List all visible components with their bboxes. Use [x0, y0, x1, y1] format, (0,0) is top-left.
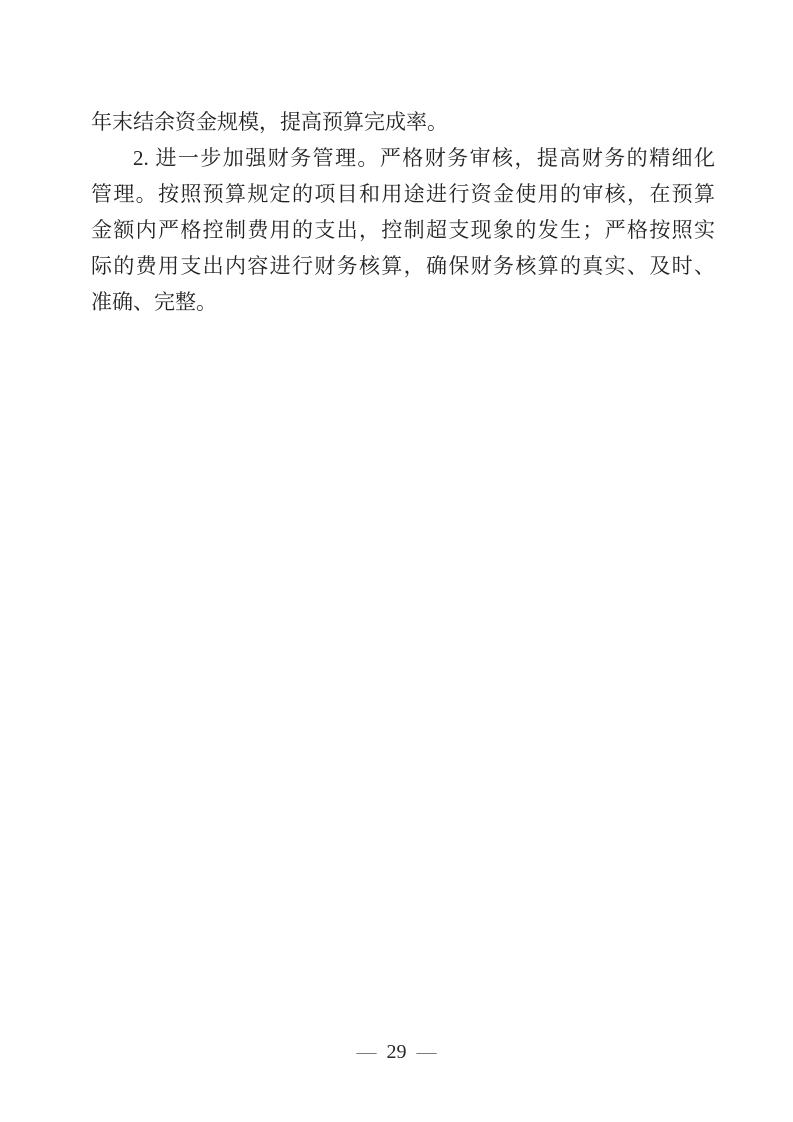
page-footer: —29—: [0, 1040, 793, 1064]
text-line: 2. 进一步加强财务管理。严格财务审核，提高财务的精细化: [91, 140, 715, 176]
body-text: 年末结余资金规模，提高预算完成率。 2. 进一步加强财务管理。严格财务审核，提高…: [91, 104, 715, 320]
text-line: 准确、完整。: [91, 284, 715, 320]
paragraph-continuation: 年末结余资金规模，提高预算完成率。: [91, 104, 715, 140]
footer-dash-right: —: [417, 1041, 437, 1063]
text-line: 年末结余资金规模，提高预算完成率。: [91, 104, 715, 140]
text-line: 管理。按照预算规定的项目和用途进行资金使用的审核，在预算: [91, 176, 715, 212]
text-line: 金额内严格控制费用的支出，控制超支现象的发生；严格按照实: [91, 212, 715, 248]
text-line: 际的费用支出内容进行财务核算，确保财务核算的真实、及时、: [91, 248, 715, 284]
footer-dash-left: —: [357, 1041, 377, 1063]
paragraph-item-2: 2. 进一步加强财务管理。严格财务审核，提高财务的精细化 管理。按照预算规定的项…: [91, 140, 715, 320]
page-number: 29: [387, 1041, 407, 1063]
document-page: 年末结余资金规模，提高预算完成率。 2. 进一步加强财务管理。严格财务审核，提高…: [0, 0, 793, 1122]
